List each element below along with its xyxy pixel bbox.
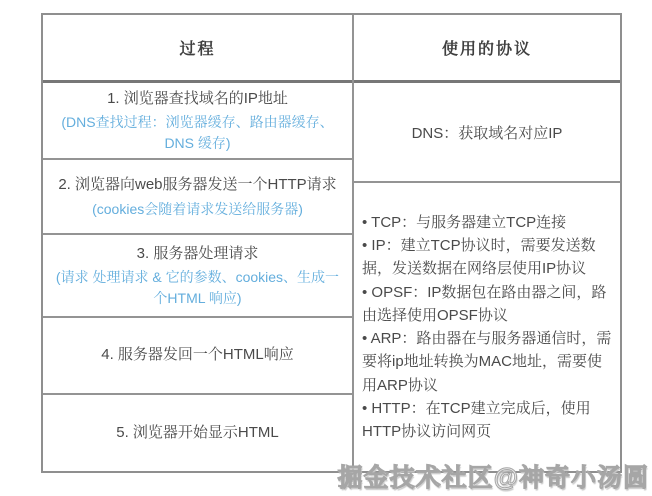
protocols-column: 使用的协议 DNS：获取域名对应IP TCP：与服务器建立TCP连接 IP：建立…: [354, 15, 620, 471]
protocol-bullet-list: TCP：与服务器建立TCP连接 IP：建立TCP协议时，需要发送数据，发送数据在…: [362, 211, 614, 444]
column-header-protocols: 使用的协议: [354, 15, 620, 83]
table-row: 1. 浏览器查找域名的IP地址 (DNS查找过程：浏览器缓存、路由器缓存、DNS…: [43, 83, 352, 160]
process-step-title: 3. 服务器处理请求: [137, 243, 259, 266]
process-step-note: (cookies会随着请求发送给服务器): [92, 199, 303, 219]
process-step-note: (DNS查找过程：浏览器缓存、路由器缓存、DNS 缓存): [51, 112, 344, 153]
process-step-title: 5. 浏览器开始显示HTML: [116, 422, 279, 445]
table-row: 2. 浏览器向web服务器发送一个HTTP请求 (cookies会随着请求发送给…: [43, 160, 352, 235]
protocol-bullet-ip: IP：建立TCP协议时，需要发送数据，发送数据在网络层使用IP协议: [362, 234, 614, 281]
protocol-bullet-http: HTTP：在TCP建立完成后，使用HTTP协议访问网页: [362, 397, 614, 444]
protocol-bullet-tcp: TCP：与服务器建立TCP连接: [362, 211, 614, 234]
process-step-title: 4. 服务器发回一个HTML响应: [101, 344, 294, 367]
protocol-bullet-opsf: OPSF：IP数据包在路由器之间，路由选择使用OPSF协议: [362, 281, 614, 328]
table-row: 5. 浏览器开始显示HTML: [43, 395, 352, 471]
watermark-text: 掘金技术社区@神奇小汤圆: [338, 458, 649, 494]
table-row: 4. 服务器发回一个HTML响应: [43, 318, 352, 395]
process-step-note: (请求 处理请求 & 它的参数、cookies、生成一个HTML 响应): [51, 267, 344, 308]
header-process-label: 过程: [179, 36, 215, 59]
process-step-title: 1. 浏览器查找域名的IP地址: [107, 88, 288, 111]
protocol-bullet-arp: ARP：路由器在与服务器通信时，需要将ip地址转换为MAC地址，需要使用ARP协…: [362, 327, 614, 397]
process-column: 过程 1. 浏览器查找域名的IP地址 (DNS查找过程：浏览器缓存、路由器缓存、…: [43, 15, 354, 471]
page: 过程 1. 浏览器查找域名的IP地址 (DNS查找过程：浏览器缓存、路由器缓存、…: [0, 0, 652, 496]
process-step-title: 2. 浏览器向web服务器发送一个HTTP请求: [58, 174, 336, 197]
header-protocols-label: 使用的协议: [442, 36, 532, 59]
table-row: 3. 服务器处理请求 (请求 处理请求 & 它的参数、cookies、生成一个H…: [43, 235, 352, 318]
process-protocol-table: 过程 1. 浏览器查找域名的IP地址 (DNS查找过程：浏览器缓存、路由器缓存、…: [41, 13, 622, 473]
column-header-process: 过程: [43, 15, 352, 83]
protocol-cell-dns: DNS：获取域名对应IP: [354, 83, 620, 183]
dns-protocol-text: DNS：获取域名对应IP: [412, 122, 563, 143]
protocol-cell-merged: TCP：与服务器建立TCP连接 IP：建立TCP协议时，需要发送数据，发送数据在…: [354, 183, 620, 471]
